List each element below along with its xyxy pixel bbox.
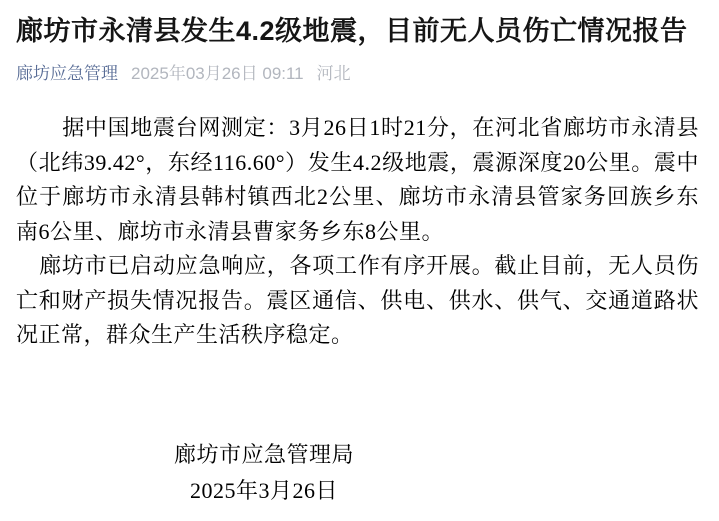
article-byline: 廊坊应急管理2025年03月26日 09:11河北 [16, 63, 699, 84]
publish-datetime: 2025年03月26日 09:11 [131, 64, 304, 83]
article-body: 据中国地震台网测定：3月26日1时21分，在河北省廊坊市永清县（北纬39.42°… [16, 111, 699, 509]
publish-location: 河北 [317, 64, 351, 83]
account-link[interactable]: 廊坊应急管理 [16, 64, 118, 83]
paragraph-response-status: 廊坊市已启动应急响应，各项工作有序开展。截止目前，无人员伤亡和财产损失情况报告。… [16, 249, 699, 353]
signature-date: 2025年3月26日 [16, 473, 512, 509]
article-page: 廊坊市永清县发生4.2级地震，目前无人员伤亡情况报告 廊坊应急管理2025年03… [0, 0, 719, 521]
article-title: 廊坊市永清县发生4.2级地震，目前无人员伤亡情况报告 [16, 14, 699, 49]
signature-org: 廊坊市应急管理局 [16, 437, 512, 473]
signature-block: 廊坊市应急管理局 2025年3月26日 [16, 437, 512, 509]
paragraph-earthquake-details: 据中国地震台网测定：3月26日1时21分，在河北省廊坊市永清县（北纬39.42°… [16, 111, 699, 249]
